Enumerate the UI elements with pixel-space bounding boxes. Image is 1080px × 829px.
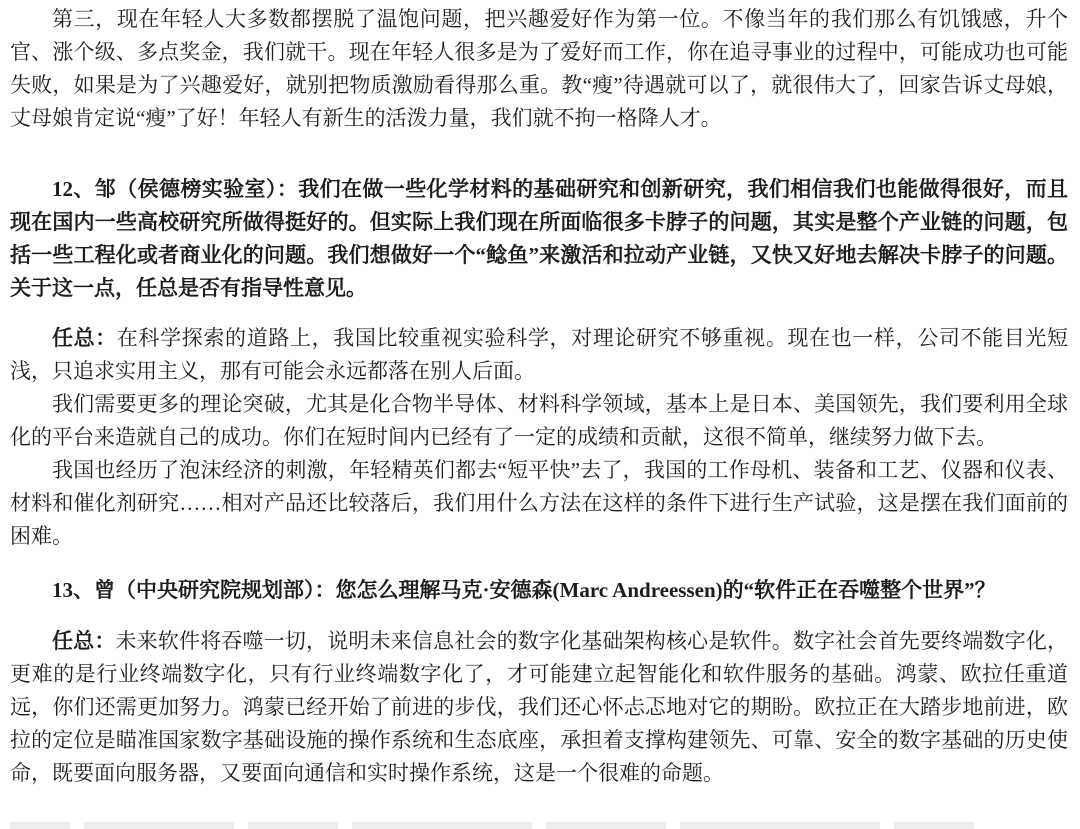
paragraph-text: 未来软件将吞噬一切，说明未来信息社会的数字化基础架构核心是软件。数字社会首先要终…	[10, 629, 1068, 785]
document-page: 第三，现在年轻人大多数都摆脱了温饱问题，把兴趣爱好作为第一位。不像当年的我们那么…	[0, 0, 1080, 790]
clipped-text-fragment	[894, 822, 974, 829]
clipped-next-line	[10, 822, 1068, 829]
clipped-text-fragment	[352, 822, 532, 829]
clipped-text-fragment	[10, 822, 70, 829]
clipped-text-fragment	[248, 822, 338, 829]
paragraph-question-13: 13、曾（中央研究院规划部）：您怎么理解马克·安德森(Marc Andreess…	[10, 574, 1068, 607]
paragraph-question-12: 12、邹（侯德榜实验室）：我们在做一些化学材料的基础研究和创新研究，我们相信我们…	[10, 173, 1068, 305]
paragraph-answer-12-2: 我们需要更多的理论突破，尤其是化合物半导体、材料科学领域，基本上是日本、美国领先…	[10, 388, 1068, 454]
clipped-text-fragment	[546, 822, 666, 829]
clipped-text-fragment	[84, 822, 234, 829]
speaker-label: 任总：	[52, 629, 116, 653]
paragraph-answer-13: 任总：未来软件将吞噬一切，说明未来信息社会的数字化基础架构核心是软件。数字社会首…	[10, 625, 1068, 790]
paragraph-text: 在科学探索的道路上，我国比较重视实验科学，对理论研究不够重视。现在也一样，公司不…	[10, 326, 1068, 383]
clipped-text-fragment	[680, 822, 880, 829]
speaker-label: 任总：	[52, 326, 117, 350]
paragraph-answer-continuation: 第三，现在年轻人大多数都摆脱了温饱问题，把兴趣爱好作为第一位。不像当年的我们那么…	[10, 3, 1068, 135]
paragraph-answer-12-1: 任总：在科学探索的道路上，我国比较重视实验科学，对理论研究不够重视。现在也一样，…	[10, 322, 1068, 388]
paragraph-answer-12-3: 我国也经历了泡沫经济的刺激，年轻精英们都去“短平快”去了，我国的工作母机、装备和…	[10, 454, 1068, 553]
